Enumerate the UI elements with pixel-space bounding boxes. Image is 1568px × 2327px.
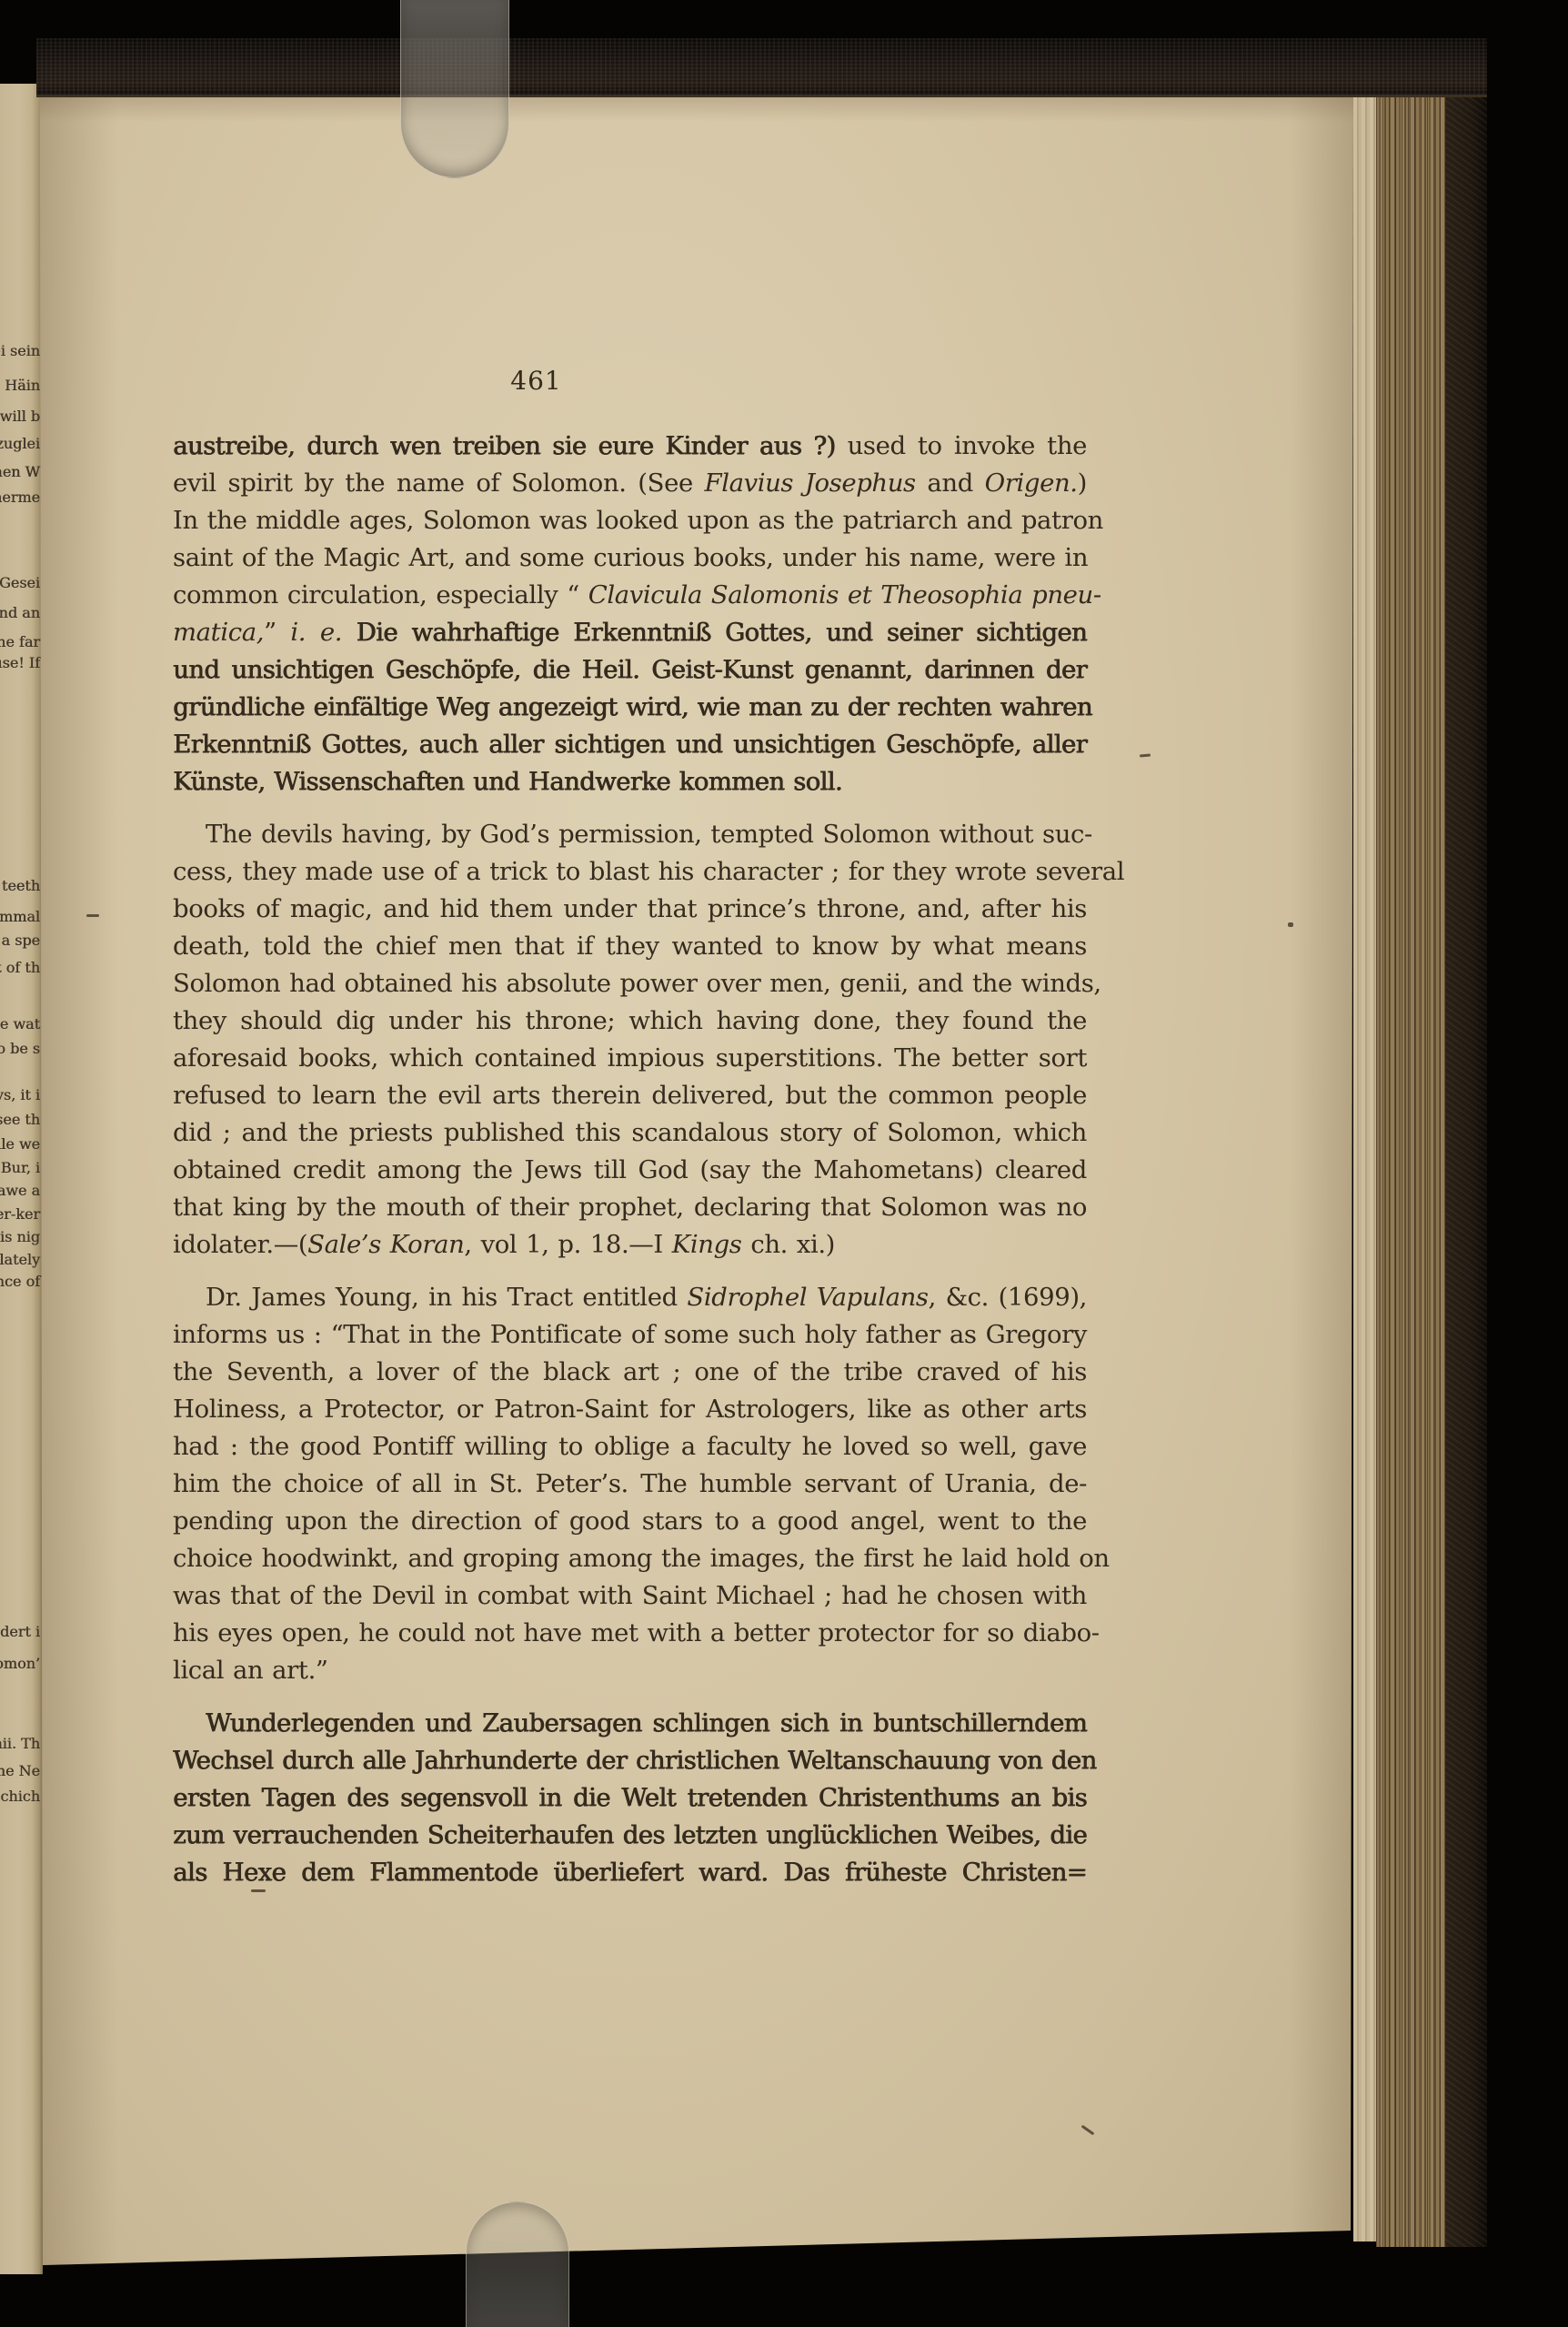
book-cover-top-edge xyxy=(36,38,1487,97)
fraktur-text-run: Wunderlegenden und Zaubersagen schlingen… xyxy=(206,1708,1087,1738)
italic-text-run: Sale’s Koran xyxy=(307,1230,464,1259)
edge-text-fragment: ch bei sein xyxy=(0,344,40,358)
edge-text-fragment: or mammal xyxy=(0,910,40,924)
text-line: Dr. James Young, in his Tract entitled S… xyxy=(173,1279,1087,1316)
text-run: the Seventh, a lover of the black art ; … xyxy=(173,1357,1087,1386)
text-line: zum verrauchenden Scheiterhaufen des let… xyxy=(173,1817,1087,1854)
edge-text-fragment: wischen W xyxy=(0,465,40,479)
text-run: aforesaid books, which contained impious… xyxy=(173,1043,1087,1073)
text-line: Solomon had obtained his absolute power … xyxy=(173,965,1087,1002)
book-cover-right-edge xyxy=(1445,78,1487,2247)
text-run: him the choice of all in St. Peter’s. Th… xyxy=(173,1469,1087,1498)
edge-text-fragment: Ugly Bur, i xyxy=(0,1161,40,1175)
text-line: lical an art.” xyxy=(173,1652,1087,1689)
text-run: informs us : “That in the Pontificate of… xyxy=(173,1320,1087,1349)
text-line: Wechsel durch alle Jahrhunderte der chri… xyxy=(173,1742,1087,1779)
text-column: 461 austreibe, durch wen treiben sie eur… xyxy=(173,360,1087,1907)
stray-mark xyxy=(1288,922,1293,927)
edge-text-fragment: ted lately xyxy=(0,1253,40,1267)
text-line: Wunderlegenden und Zaubersagen schlingen… xyxy=(173,1705,1087,1742)
paragraph: The devils having, by God’s permission, … xyxy=(173,816,1087,1264)
fraktur-text-run: Erkenntniß Gottes, auch aller sichtigen … xyxy=(173,730,1087,759)
text-run: , &c. (1699), xyxy=(929,1283,1087,1312)
text-line: austreibe, durch wen treiben sie eure Ki… xyxy=(173,428,1087,465)
text-run: cess, they made use of a trick to blast … xyxy=(173,857,1124,886)
italic-text-run: Origen. xyxy=(985,468,1078,498)
paragraph: Wunderlegenden und Zaubersagen schlingen… xyxy=(173,1705,1087,1891)
text-line: matica,” i. e. Die wahrhaftige Erkenntni… xyxy=(173,614,1087,651)
edge-text-fragment: ilfsend an xyxy=(0,606,40,620)
italic-text-run: Sidrophel Vapulans xyxy=(687,1283,928,1312)
edge-text-fragment: y says, it i xyxy=(0,1088,40,1103)
text-run: lical an art.” xyxy=(173,1656,328,1685)
fraktur-text-run: Künste, Wissenschaften und Handwerke kom… xyxy=(173,767,842,796)
text-line: gründliche einfältige Weg angezeigt wird… xyxy=(173,689,1087,726)
text-line: informs us : “That in the Pontificate of… xyxy=(173,1316,1087,1354)
text-run: books of magic, and hid them under that … xyxy=(173,894,1087,923)
text-line: aforesaid books, which contained impious… xyxy=(173,1040,1087,1077)
text-run: and xyxy=(916,468,985,498)
edge-text-fragment: Solomon’ xyxy=(0,1657,40,1671)
scanner-clamp-top xyxy=(400,0,509,178)
stray-mark xyxy=(251,1889,266,1892)
edge-text-fragment: enii. Th xyxy=(0,1737,40,1751)
text-line: was that of the Devil in combat with Sai… xyxy=(173,1577,1087,1615)
edge-text-fragment: stence of xyxy=(0,1274,40,1289)
italic-text-run: matica, xyxy=(173,618,264,647)
text-line: his eyes open, he could not have met wit… xyxy=(173,1615,1087,1652)
text-line: Künste, Wissenschaften und Handwerke kom… xyxy=(173,763,1087,801)
text-run: Dr. James Young, in his Tract entitled xyxy=(206,1283,687,1312)
text-run: In the middle ages, Solomon was looked u… xyxy=(173,506,1103,535)
book-page: 461 austreibe, durch wen treiben sie eur… xyxy=(40,91,1353,2267)
fore-edge-pages xyxy=(1376,84,1445,2247)
text-run: pending upon the direction of good stars… xyxy=(173,1506,1087,1536)
text-run: Solomon had obtained his absolute power … xyxy=(173,969,1101,998)
edge-text-fragment: , a mile we xyxy=(0,1137,40,1152)
text-line: choice hoodwinkt, and groping among the … xyxy=(173,1540,1087,1577)
text-line: had : the good Pontiff willing to oblige… xyxy=(173,1428,1087,1466)
text-line: und unsichtigen Geschöpfe, die Heil. Gei… xyxy=(173,651,1087,689)
scanner-clamp-bottom xyxy=(466,2201,569,2327)
text-line: refused to learn the evil arts therein d… xyxy=(173,1077,1087,1114)
edge-text-fragment: f the Ne xyxy=(0,1764,40,1778)
text-run: idolater.—( xyxy=(173,1230,307,1259)
text-run: used to invoke the xyxy=(835,431,1087,460)
text-run: choice hoodwinkt, and groping among the … xyxy=(173,1544,1110,1573)
text-line: saint of the Magic Art, and some curious… xyxy=(173,539,1087,577)
edge-text-fragment: ot the far xyxy=(0,635,40,650)
text-run: saint of the Magic Art, and some curious… xyxy=(173,543,1088,572)
text-line: did ; and the priests published this sca… xyxy=(173,1114,1087,1152)
text-line: Erkenntniß Gottes, auch aller sichtigen … xyxy=(173,726,1087,763)
edge-text-fragment: t den Häin xyxy=(0,378,40,393)
text-run: Holiness, a Protector, or Patron-Saint f… xyxy=(173,1395,1087,1424)
edge-text-fragment: h that of th xyxy=(0,961,40,975)
text-line: The devils having, by God’s permission, … xyxy=(173,816,1087,853)
text-line: als Hexe dem Flammentode überliefert war… xyxy=(173,1854,1087,1891)
edge-text-fragment: nimmerme xyxy=(0,490,40,505)
text-line: obtained credit among the Jews till God … xyxy=(173,1152,1087,1189)
paragraph: Dr. James Young, in his Tract entitled S… xyxy=(173,1279,1087,1689)
fraktur-text-run: Wechsel durch alle Jahrhunderte der chri… xyxy=(173,1746,1096,1775)
page-number: 461 xyxy=(79,360,993,401)
text-run: , vol 1, p. 18.—I xyxy=(464,1230,671,1259)
italic-text-run: Clavicula Salomonis et Theosophia pneu- xyxy=(588,580,1101,609)
text-line: death, told the chief men that if they w… xyxy=(173,928,1087,965)
edge-text-fragment: t ist zuglei xyxy=(0,437,40,451)
text-run: ch. xi.) xyxy=(742,1230,836,1259)
text-run: obtained credit among the Jews till God … xyxy=(173,1155,1087,1184)
book-scan: { "page_number": "461", "paragraphs": [ … xyxy=(0,0,1568,2327)
text-line: him the choice of all in St. Peter’s. Th… xyxy=(173,1466,1087,1503)
text-run: had : the good Pontiff willing to oblige… xyxy=(173,1432,1087,1461)
text-line: ersten Tagen des segensvoll in die Welt … xyxy=(173,1779,1087,1817)
text-run: they should dig under his throne; which … xyxy=(173,1006,1087,1035)
text-line: that king by the mouth of their prophet,… xyxy=(173,1189,1087,1226)
text-run: his eyes open, he could not have met wit… xyxy=(173,1618,1100,1647)
text-line: cess, they made use of a trick to blast … xyxy=(173,853,1087,891)
edge-text-fragment: ged to be s xyxy=(0,1042,40,1056)
fraktur-text-run: und unsichtigen Geschöpfe, die Heil. Gei… xyxy=(173,655,1087,684)
edge-text-fragment: rrific teeth xyxy=(0,879,40,893)
italic-text-run: i. e. xyxy=(290,618,342,647)
text-line: books of magic, and hid them under that … xyxy=(173,891,1087,928)
edge-text-fragment: endert i xyxy=(0,1625,40,1639)
text-run: ) xyxy=(1078,468,1087,498)
text-run: that king by the mouth of their prophet,… xyxy=(173,1193,1087,1222)
stray-mark xyxy=(86,914,99,917)
fraktur-text-run: austreibe, durch wen treiben sie eure Ki… xyxy=(173,431,835,460)
text-run: death, told the chief men that if they w… xyxy=(173,932,1087,961)
text-run: was that of the Devil in combat with Sai… xyxy=(173,1581,1087,1610)
edge-text-fragment: aber will b xyxy=(0,409,40,424)
text-run: refused to learn the evil arts therein d… xyxy=(173,1081,1087,1110)
text-run: evil spirit by the name of Solomon. (See xyxy=(173,468,705,498)
edge-text-fragment: house! If xyxy=(0,656,40,670)
fraktur-text-run: ersten Tagen des segensvoll in die Welt … xyxy=(173,1783,1087,1812)
edge-text-fragment: day; a spe xyxy=(0,933,40,948)
fraktur-text-run: Die wahrhaftige Erkenntniß Gottes, und s… xyxy=(342,618,1087,647)
edge-text-fragment: water-ker xyxy=(0,1207,40,1222)
text-line: the Seventh, a lover of the black art ; … xyxy=(173,1354,1087,1391)
text-line: they should dig under his throne; which … xyxy=(173,1002,1087,1040)
italic-text-run: Kings xyxy=(672,1230,742,1259)
edge-text-fragment: with awe a xyxy=(0,1184,40,1198)
under-page-edges xyxy=(1353,87,1376,2241)
text-line: evil spirit by the name of Solomon. (See… xyxy=(173,465,1087,502)
text-line: In the middle ages, Solomon was looked u… xyxy=(173,502,1087,539)
fraktur-text-run: zum verrauchenden Scheiterhaufen des let… xyxy=(173,1820,1087,1849)
text-run: ” xyxy=(264,618,290,647)
paragraph: austreibe, durch wen treiben sie eure Ki… xyxy=(173,428,1087,801)
text-line: idolater.—(Sale’s Koran, vol 1, p. 18.—I… xyxy=(173,1226,1087,1264)
page-text: austreibe, durch wen treiben sie eure Ki… xyxy=(173,428,1087,1891)
edge-text-fragment: es the wat xyxy=(0,1017,40,1032)
text-line: pending upon the direction of good stars… xyxy=(173,1503,1087,1540)
edge-text-fragment: ein Gesei xyxy=(0,576,40,590)
facing-page-edge: ch bei seint den Häinaber will bt ist zu… xyxy=(0,84,43,2274)
italic-text-run: Flavius Josephus xyxy=(705,468,916,498)
edge-text-fragment: ries his nig xyxy=(0,1230,40,1244)
text-line: Holiness, a Protector, or Patron-Saint f… xyxy=(173,1391,1087,1428)
text-run: The devils having, by God’s permission, … xyxy=(206,820,1092,849)
text-run: common circulation, especially “ xyxy=(173,580,588,609)
text-line: common circulation, especially “ Clavicu… xyxy=(173,577,1087,614)
edge-text-fragment: times see th xyxy=(0,1113,40,1127)
fraktur-text-run: gründliche einfältige Weg angezeigt wird… xyxy=(173,692,1092,721)
text-run: did ; and the priests published this sca… xyxy=(173,1118,1087,1147)
edge-text-fragment: Geschich xyxy=(0,1789,40,1804)
fraktur-text-run: als Hexe dem Flammentode überliefert war… xyxy=(173,1858,1087,1887)
